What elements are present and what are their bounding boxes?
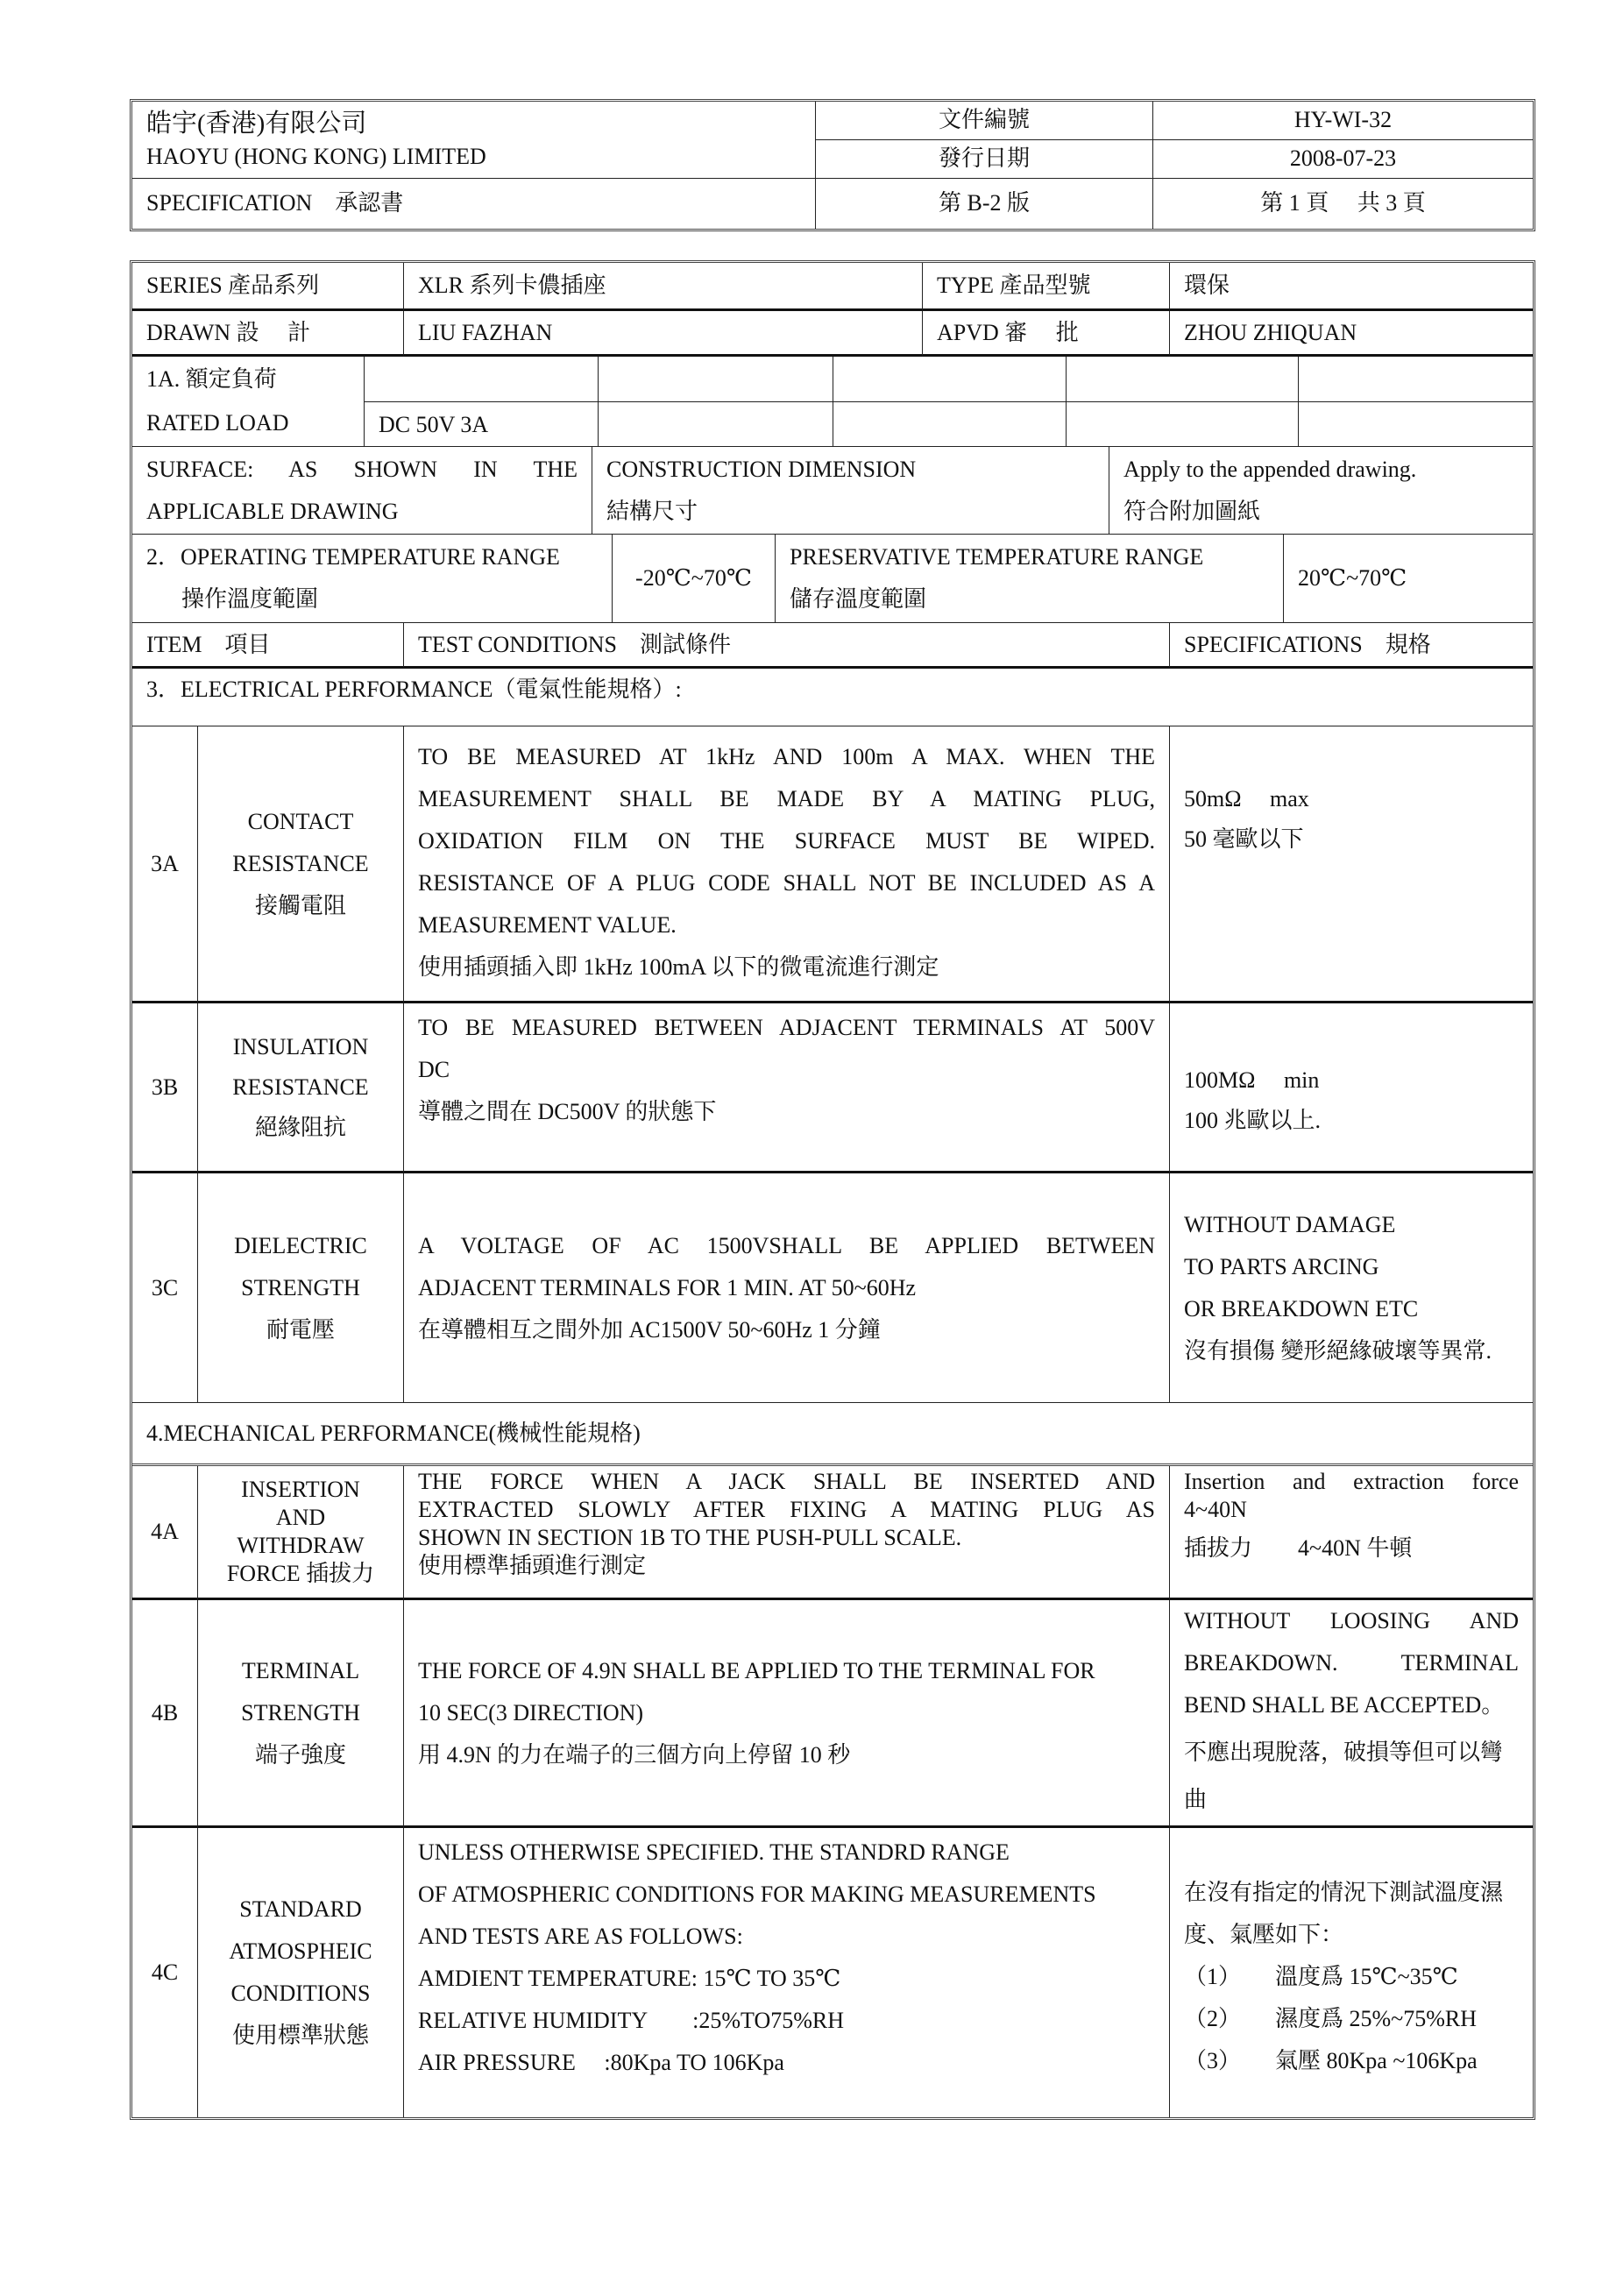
- item-name-line: STANDARD: [239, 1889, 361, 1931]
- item-name-line: 絕緣阻抗: [255, 1108, 346, 1148]
- spec-line: Insertion and extraction force: [1184, 1468, 1519, 1496]
- item-name-line: AND: [276, 1504, 325, 1532]
- spec-line: 4~40N: [1184, 1496, 1519, 1524]
- condition-line: 導體之間在 DC500V 的狀態下: [418, 1091, 1155, 1133]
- item-3c-conditions: A VOLTAGE OF AC 1500VSHALL BE APPLIED BE…: [404, 1173, 1170, 1403]
- condition-line: MEASUREMENT VALUE.: [418, 904, 1155, 946]
- item-name-line: RESISTANCE: [232, 843, 368, 885]
- item-3c-id: 3C: [132, 1173, 198, 1403]
- spec-line: BREAKDOWN. TERMINAL: [1184, 1642, 1519, 1684]
- item-4a-name: INSERTION AND WITHDRAW FORCE 插拔力: [198, 1466, 404, 1600]
- col-header-spec: SPECIFICATIONS 規格: [1170, 623, 1533, 669]
- condition-line: EXTRACTED SLOWLY AFTER FIXING A MATING P…: [418, 1496, 1155, 1524]
- apvd-label: APVD 審 批: [923, 311, 1170, 357]
- spec-line: 插拔力 4~40N 牛頓: [1184, 1534, 1519, 1563]
- col-header-item: ITEM 項目: [132, 623, 404, 669]
- rated-load-cell-1a: [365, 357, 599, 402]
- item-3a-id: 3A: [132, 726, 198, 1003]
- doc-title: SPECIFICATION 承認書: [132, 179, 816, 229]
- spec-line: WITHOUT DAMAGE: [1184, 1204, 1519, 1246]
- company-name-zh: 皓宇(香港)有限公司: [146, 107, 801, 140]
- type-value: 環保: [1170, 263, 1533, 311]
- item-4b-name: TERMINAL STRENGTH 端子強度: [198, 1600, 404, 1828]
- item-name-line: 耐電壓: [266, 1309, 335, 1351]
- company-name-en: HAOYU (HONG KONG) LIMITED: [146, 140, 801, 174]
- apply-cell: Apply to the appended drawing. 符合附加圖紙: [1109, 447, 1533, 535]
- condition-line: TO BE MEASURED BETWEEN ADJACENT TERMINAL…: [418, 1007, 1155, 1049]
- spec-line: 沒有損傷 變形絕緣破壞等異常.: [1184, 1330, 1519, 1372]
- pres-temp-line-2: 儲存溫度範圍: [790, 578, 1269, 620]
- pres-temp-label: PRESERVATIVE TEMPERATURE RANGE 儲存溫度範圍: [776, 535, 1284, 623]
- drawn-label: DRAWN 設 計: [132, 311, 404, 357]
- item-4c-spec: 在沒有指定的情況下測試溫度濕 度、氣壓如下： （1） 溫度爲 15℃~35℃ （…: [1170, 1828, 1533, 2117]
- condition-line: RESISTANCE OF A PLUG CODE SHALL NOT BE I…: [418, 862, 1155, 904]
- condition-line: AMDIENT TEMPERATURE: 15℃ TO 35℃: [418, 1958, 1155, 2000]
- item-3a-name: CONTACT RESISTANCE 接觸電阻: [198, 726, 404, 1003]
- item-name-line: 接觸電阻: [255, 885, 346, 927]
- item-name-line: FORCE 插拔力: [227, 1560, 374, 1588]
- op-temp-value: -20℃~70℃: [613, 535, 776, 623]
- op-temp-line-1: 2．OPERATING TEMPERATURE RANGE: [146, 536, 598, 578]
- op-temp-value-text: -20℃~70℃: [635, 557, 752, 599]
- series-value: XLR 系列卡儂插座: [404, 263, 923, 311]
- spec-line: 度、氣壓如下：: [1184, 1914, 1519, 1956]
- item-name-line: STRENGTH: [241, 1692, 360, 1734]
- apply-line-2: 符合附加圖紙: [1123, 491, 1519, 533]
- item-name-line: CONDITIONS: [231, 1973, 371, 2015]
- condition-line: OXIDATION FILM ON THE SURFACE MUST BE WI…: [418, 820, 1155, 862]
- section-4-title: 4.MECHANICAL PERFORMANCE(機械性能規格): [132, 1403, 1533, 1466]
- spec-line: OR BREAKDOWN ETC: [1184, 1288, 1519, 1330]
- item-name-line: RESISTANCE: [232, 1067, 368, 1108]
- section-3-title: 3．ELECTRICAL PERFORMANCE（電氣性能規格）:: [132, 669, 1533, 726]
- item-name-line: WITHDRAW: [237, 1532, 364, 1560]
- rated-load-cell-4a: [1067, 357, 1299, 402]
- page-number: 第 1 頁 共 3 頁: [1153, 179, 1533, 229]
- item-4a-spec: Insertion and extraction force 4~40N 插拔力…: [1170, 1466, 1533, 1600]
- item-3c-name: DIELECTRIC STRENGTH 耐電壓: [198, 1173, 404, 1403]
- item-name-line: ATMOSPHEIC: [229, 1931, 372, 1973]
- type-label: TYPE 產品型號: [923, 263, 1170, 311]
- condition-line: 在導體相互之間外加 AC1500V 50~60Hz 1 分鐘: [418, 1309, 1155, 1351]
- condition-line: ADJACENT TERMINALS FOR 1 MIN. AT 50~60Hz: [418, 1267, 1155, 1309]
- condition-line: MEASUREMENT SHALL BE MADE BY A MATING PL…: [418, 778, 1155, 820]
- surface-cell: SURFACE: AS SHOWN IN THE APPLICABLE DRAW…: [132, 447, 592, 535]
- condition-line: THE FORCE WHEN A JACK SHALL BE INSERTED …: [418, 1468, 1155, 1496]
- spec-line: （3） 氣壓 80Kpa ~106Kpa: [1184, 2040, 1519, 2082]
- item-name-line: 端子強度: [255, 1734, 346, 1776]
- spec-line: （1） 溫度爲 15℃~35℃: [1184, 1956, 1519, 1998]
- rated-load-value: DC 50V 3A: [365, 402, 599, 447]
- item-name-line: INSULATION: [233, 1027, 369, 1067]
- condition-line: AND TESTS ARE AS FOLLOWS:: [418, 1916, 1155, 1958]
- spec-line: 50mΩ max: [1184, 779, 1519, 819]
- rated-load-label-en: RATED LOAD: [146, 401, 350, 445]
- item-3a-spec: 50mΩ max 50 毫歐以下: [1170, 726, 1533, 1003]
- item-3b-id: 3B: [132, 1003, 198, 1173]
- item-4b-id: 4B: [132, 1600, 198, 1828]
- item-3b-name: INSULATION RESISTANCE 絕緣阻抗: [198, 1003, 404, 1173]
- condition-line: 使用插頭插入即 1kHz 100mA 以下的微電流進行測定: [418, 946, 1155, 989]
- op-temp-line-2: 操作溫度範圍: [146, 578, 598, 620]
- issue-date-label: 發行日期: [816, 140, 1153, 179]
- condition-line: THE FORCE OF 4.9N SHALL BE APPLIED TO TH…: [418, 1650, 1155, 1692]
- condition-line: RELATIVE HUMIDITY :25%TO75%RH: [418, 2000, 1155, 2042]
- item-name-line: INSERTION: [241, 1476, 360, 1504]
- company-cell: 皓宇(香港)有限公司 HAOYU (HONG KONG) LIMITED: [132, 102, 816, 179]
- item-4c-conditions: UNLESS OTHERWISE SPECIFIED. THE STANDRD …: [404, 1828, 1170, 2117]
- spec-table: SERIES 產品系列 XLR 系列卡儂插座 TYPE 產品型號 環保 DRAW…: [130, 260, 1535, 2120]
- item-name-line: TERMINAL: [242, 1650, 359, 1692]
- issue-date-value: 2008-07-23: [1153, 140, 1533, 179]
- construction-line-1: CONSTRUCTION DIMENSION: [606, 449, 1095, 491]
- condition-line: 使用標準插頭進行測定: [418, 1552, 1155, 1580]
- item-name-line: 使用標準狀態: [232, 2015, 369, 2057]
- item-4b-spec: WITHOUT LOOSING AND BREAKDOWN. TERMINAL …: [1170, 1600, 1533, 1828]
- doc-no-label: 文件編號: [816, 102, 1153, 140]
- surface-line-1: SURFACE: AS SHOWN IN THE: [146, 449, 578, 491]
- pres-temp-value-text: 20℃~70℃: [1298, 557, 1519, 599]
- pres-temp-value: 20℃~70℃: [1284, 535, 1533, 623]
- spec-line: WITHOUT LOOSING AND: [1184, 1600, 1519, 1642]
- spec-line: 在沒有指定的情況下測試溫度濕: [1184, 1872, 1519, 1914]
- series-label: SERIES 產品系列: [132, 263, 404, 311]
- spec-line: 100 兆歐以上.: [1184, 1101, 1519, 1141]
- item-4c-id: 4C: [132, 1828, 198, 2117]
- rated-load-cell-3a: [833, 357, 1067, 402]
- rated-load-cell-4b: [1067, 402, 1299, 447]
- spec-line: 曲: [1184, 1779, 1519, 1821]
- rated-load-cell-5b: [1299, 402, 1533, 447]
- surface-line-2: APPLICABLE DRAWING: [146, 491, 578, 533]
- item-4a-id: 4A: [132, 1466, 198, 1600]
- item-4a-conditions: THE FORCE WHEN A JACK SHALL BE INSERTED …: [404, 1466, 1170, 1600]
- item-name-line: CONTACT: [248, 801, 354, 843]
- item-name-line: STRENGTH: [241, 1267, 360, 1309]
- drawn-value: LIU FAZHAN: [404, 311, 923, 357]
- rated-load-cell-5a: [1299, 357, 1533, 402]
- rated-load-label-zh: 1A. 額定負荷: [146, 358, 350, 401]
- construction-cell: CONSTRUCTION DIMENSION 結構尺寸: [592, 447, 1109, 535]
- spec-line: 100MΩ min: [1184, 1060, 1519, 1101]
- col-header-test: TEST CONDITIONS 測試條件: [404, 623, 1170, 669]
- item-4b-conditions: THE FORCE OF 4.9N SHALL BE APPLIED TO TH…: [404, 1600, 1170, 1828]
- condition-line: DC: [418, 1049, 1155, 1091]
- item-3b-spec: 100MΩ min 100 兆歐以上.: [1170, 1003, 1533, 1173]
- spec-line: 不應出現脫落，破損等但可以彎: [1184, 1732, 1519, 1774]
- pres-temp-line-1: PRESERVATIVE TEMPERATURE RANGE: [790, 536, 1269, 578]
- condition-line: 10 SEC(3 DIRECTION): [418, 1692, 1155, 1734]
- condition-line: A VOLTAGE OF AC 1500VSHALL BE APPLIED BE…: [418, 1225, 1155, 1267]
- apvd-value: ZHOU ZHIQUAN: [1170, 311, 1533, 357]
- version: 第 B-2 版: [816, 179, 1153, 229]
- item-3a-conditions: TO BE MEASURED AT 1kHz AND 100m A MAX. W…: [404, 726, 1170, 1003]
- op-temp-label: 2．OPERATING TEMPERATURE RANGE 操作溫度範圍: [132, 535, 613, 623]
- condition-line: AIR PRESSURE :80Kpa TO 106Kpa: [418, 2042, 1155, 2084]
- spec-line: BEND SHALL BE ACCEPTED。: [1184, 1684, 1519, 1726]
- header-table: 皓宇(香港)有限公司 HAOYU (HONG KONG) LIMITED 文件編…: [130, 99, 1535, 231]
- item-name-line: DIELECTRIC: [234, 1225, 367, 1267]
- condition-line: UNLESS OTHERWISE SPECIFIED. THE STANDRD …: [418, 1832, 1155, 1874]
- item-3c-spec: WITHOUT DAMAGE TO PARTS ARCING OR BREAKD…: [1170, 1173, 1533, 1403]
- condition-line: OF ATMOSPHERIC CONDITIONS FOR MAKING MEA…: [418, 1874, 1155, 1916]
- condition-line: 用 4.9N 的力在端子的三個方向上停留 10 秒: [418, 1734, 1155, 1776]
- item-3b-conditions: TO BE MEASURED BETWEEN ADJACENT TERMINAL…: [404, 1003, 1170, 1173]
- spec-line: 50 毫歐以下: [1184, 819, 1519, 860]
- doc-no-value: HY-WI-32: [1153, 102, 1533, 140]
- condition-line: SHOWN IN SECTION 1B TO THE PUSH-PULL SCA…: [418, 1524, 1155, 1552]
- rated-load-cell-3b: [833, 402, 1067, 447]
- rated-load-label: 1A. 額定負荷 RATED LOAD: [132, 357, 365, 447]
- rated-load-cell-2a: [599, 357, 833, 402]
- item-4c-name: STANDARD ATMOSPHEIC CONDITIONS 使用標準狀態: [198, 1828, 404, 2117]
- rated-load-cell-2b: [599, 402, 833, 447]
- condition-line: TO BE MEASURED AT 1kHz AND 100m A MAX. W…: [418, 736, 1155, 778]
- spec-line: TO PARTS ARCING: [1184, 1246, 1519, 1288]
- spec-line: （2） 濕度爲 25%~75%RH: [1184, 1998, 1519, 2040]
- apply-line-1: Apply to the appended drawing.: [1123, 449, 1519, 491]
- construction-line-2: 結構尺寸: [606, 491, 1095, 533]
